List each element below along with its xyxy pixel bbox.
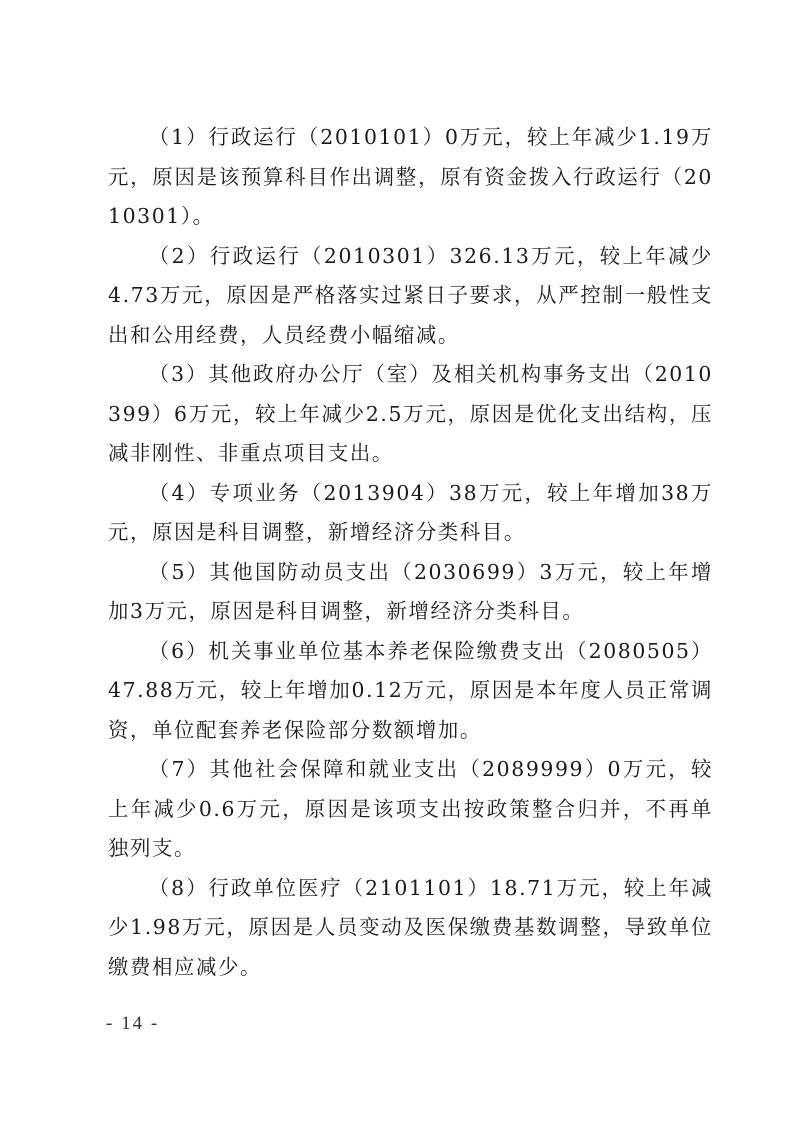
- paragraph-item-6: （6）机关事业单位基本养老保险缴费支出（2080505）47.88万元，较上年增…: [108, 632, 713, 751]
- paragraph-item-4: （4）专项业务（2013904）38万元，较上年增加38万元，原因是科目调整，新…: [108, 474, 713, 553]
- document-page: （1）行政运行（2010101）0万元，较上年减少1.19万元，原因是该预算科目…: [0, 0, 793, 1122]
- paragraph-item-3: （3）其他政府办公厅（室）及相关机构事务支出（2010399）6万元，较上年减少…: [108, 355, 713, 474]
- paragraph-item-7: （7）其他社会保障和就业支出（2089999）0万元，较上年减少0.6万元，原因…: [108, 750, 713, 869]
- paragraph-item-5: （5）其他国防动员支出（2030699）3万元，较上年增加3万元，原因是科目调整…: [108, 553, 713, 632]
- document-body: （1）行政运行（2010101）0万元，较上年减少1.19万元，原因是该预算科目…: [108, 118, 713, 987]
- paragraph-item-2: （2）行政运行（2010301）326.13万元，较上年减少4.73万元，原因是…: [108, 237, 713, 356]
- paragraph-item-1: （1）行政运行（2010101）0万元，较上年减少1.19万元，原因是该预算科目…: [108, 118, 713, 237]
- page-number: - 14 -: [106, 1013, 159, 1035]
- paragraph-item-8: （8）行政单位医疗（2101101）18.71万元，较上年减少1.98万元，原因…: [108, 869, 713, 988]
